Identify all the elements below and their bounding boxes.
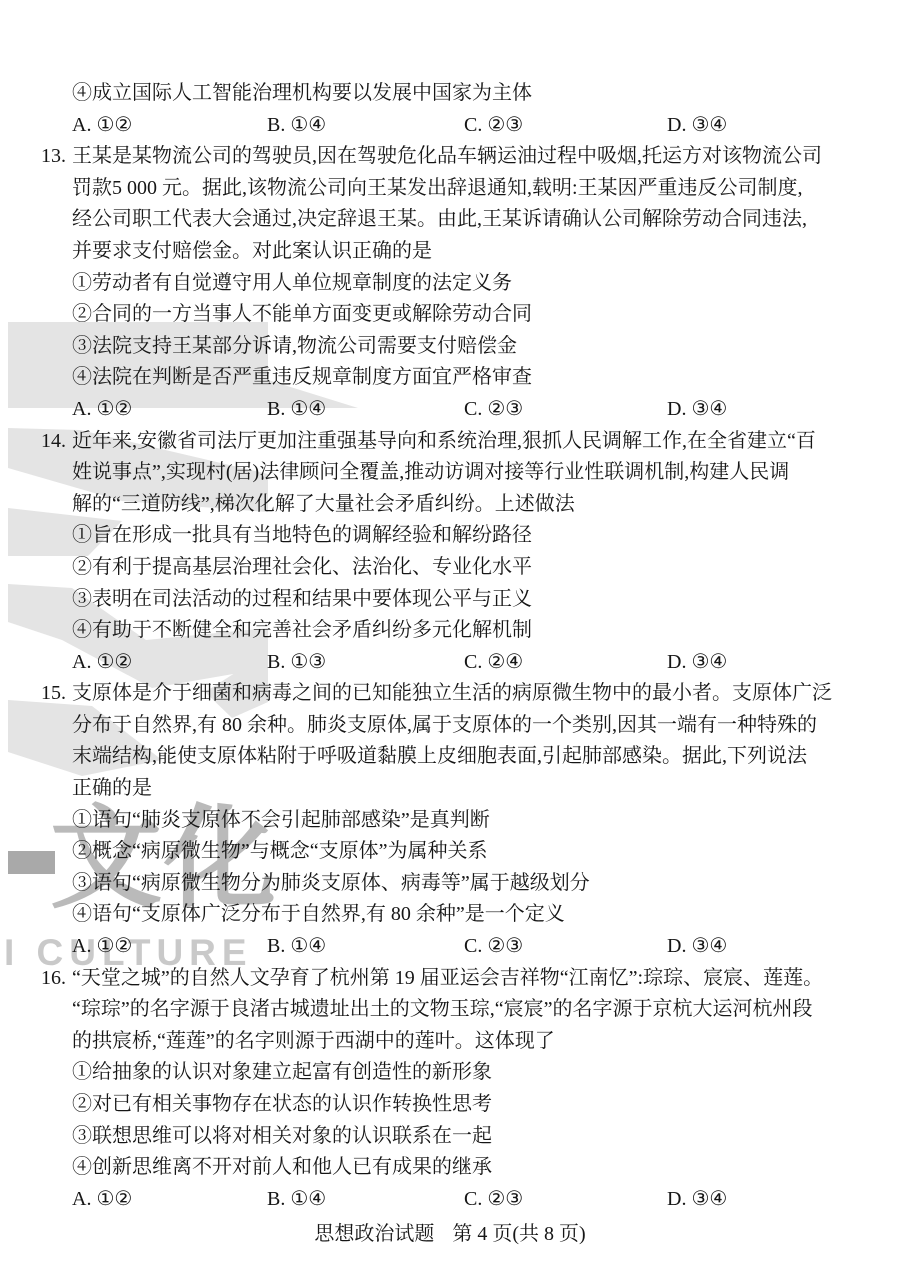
line-text: 的拱宸桥,“莲莲”的名字则源于西湖中的莲叶。这体现了 xyxy=(72,1030,555,1052)
options-row: A. ①②B. ①④C. ②③D. ③④ xyxy=(72,1184,864,1216)
option-c: C. ②③ xyxy=(464,110,523,142)
option-b: B. ①④ xyxy=(267,394,326,426)
question-number: 15. xyxy=(41,678,66,710)
text-line: 解的“三道防线”,梯次化解了大量社会矛盾纠纷。上述做法 xyxy=(72,489,864,521)
text-line: ①旨在形成一批具有当地特色的调解经验和解纷路径 xyxy=(72,520,864,552)
text-line: 姓说事点”,实现村(居)法律顾问全覆盖,推动访调对接等行业性联调机制,构建人民调 xyxy=(72,457,864,489)
option-d: D. ③④ xyxy=(667,394,727,426)
option-c: C. ②③ xyxy=(464,931,523,963)
question-start-line: 15.支原体是介于细菌和病毒之间的已知能独立生活的病原微生物中的最小者。支原体广… xyxy=(72,678,864,710)
text-line: ②有利于提高基层治理社会化、法治化、专业化水平 xyxy=(72,552,864,584)
question-start-line: 13.王某是某物流公司的驾驶员,因在驾驶危化品车辆运油过程中吸烟,托运方对该物流… xyxy=(72,141,864,173)
option-a: A. ①② xyxy=(72,1184,132,1216)
line-text: ①语句“肺炎支原体不会引起肺部感染”是真判断 xyxy=(72,809,490,831)
text-line: ①劳动者有自觉遵守用人单位规章制度的法定义务 xyxy=(72,268,864,300)
text-line: 的拱宸桥,“莲莲”的名字则源于西湖中的莲叶。这体现了 xyxy=(72,1026,864,1058)
line-text: 近年来,安徽省司法厅更加注重强基导向和系统治理,狠抓人民调解工作,在全省建立“百 xyxy=(72,430,816,452)
line-text: 姓说事点”,实现村(居)法律顾问全覆盖,推动访调对接等行业性联调机制,构建人民调 xyxy=(72,461,789,483)
text-line: “琮琮”的名字源于良渚古城遗址出土的文物玉琮,“宸宸”的名字源于京杭大运河杭州段 xyxy=(72,994,864,1026)
text-line: ②合同的一方当事人不能单方面变更或解除劳动合同 xyxy=(72,299,864,331)
question-start-line: 14.近年来,安徽省司法厅更加注重强基导向和系统治理,狠抓人民调解工作,在全省建… xyxy=(72,426,864,458)
option-a: A. ①② xyxy=(72,931,132,963)
question-number: 14. xyxy=(41,426,66,458)
question-number: 13. xyxy=(41,141,66,173)
line-text: ④有助于不断健全和完善社会矛盾纠纷多元化解机制 xyxy=(72,619,532,641)
line-text: 末端结构,能使支原体粘附于呼吸道黏膜上皮细胞表面,引起肺部感染。据此,下列说法 xyxy=(72,745,807,767)
line-text: 分布于自然界,有 80 余种。肺炎支原体,属于支原体的一个类别,因其一端有一种特… xyxy=(72,714,817,736)
line-text: ③联想思维可以将对相关对象的认识联系在一起 xyxy=(72,1125,492,1147)
option-d: D. ③④ xyxy=(667,110,727,142)
line-text: ④创新思维离不开对前人和他人已有成果的继承 xyxy=(72,1156,492,1178)
line-text: “天堂之城”的自然人文孕育了杭州第 19 届亚运会吉祥物“江南忆”:琮琮、宸宸、… xyxy=(72,967,823,989)
text-line: ②概念“病原微生物”与概念“支原体”为属种关系 xyxy=(72,836,864,868)
option-b: B. ①④ xyxy=(267,110,326,142)
line-text: ②对已有相关事物存在状态的认识作转换性思考 xyxy=(72,1093,492,1115)
text-line: 并要求支付赔偿金。对此案认识正确的是 xyxy=(72,236,864,268)
line-text: ①旨在形成一批具有当地特色的调解经验和解纷路径 xyxy=(72,524,532,546)
line-text: ④语句“支原体广泛分布于自然界,有 80 余种”是一个定义 xyxy=(72,903,565,925)
line-text: 王某是某物流公司的驾驶员,因在驾驶危化品车辆运油过程中吸烟,托运方对该物流公司 xyxy=(72,145,822,167)
text-line: 末端结构,能使支原体粘附于呼吸道黏膜上皮细胞表面,引起肺部感染。据此,下列说法 xyxy=(72,741,864,773)
line-text: ④成立国际人工智能治理机构要以发展中国家为主体 xyxy=(72,82,532,104)
option-d: D. ③④ xyxy=(667,931,727,963)
text-line: ③联想思维可以将对相关对象的认识联系在一起 xyxy=(72,1121,864,1153)
option-d: D. ③④ xyxy=(667,1184,727,1216)
question-start-line: 16.“天堂之城”的自然人文孕育了杭州第 19 届亚运会吉祥物“江南忆”:琮琮、… xyxy=(72,963,864,995)
line-text: 经公司职工代表大会通过,决定辞退王某。由此,王某诉请确认公司解除劳动合同违法, xyxy=(72,208,807,230)
text-line: ④成立国际人工智能治理机构要以发展中国家为主体 xyxy=(72,78,864,110)
line-text: ①劳动者有自觉遵守用人单位规章制度的法定义务 xyxy=(72,272,512,294)
line-text: 正确的是 xyxy=(72,777,152,799)
line-text: ③语句“病原微生物分为肺炎支原体、病毒等”属于越级划分 xyxy=(72,872,590,894)
footer-page-number: 第 4 页(共 8 页) xyxy=(452,1223,585,1245)
text-line: ③语句“病原微生物分为肺炎支原体、病毒等”属于越级划分 xyxy=(72,868,864,900)
exam-page: 文化 I CULTURE ④成立国际人工智能治理机构要以发展中国家为主体A. ①… xyxy=(0,0,900,1272)
text-line: ②对已有相关事物存在状态的认识作转换性思考 xyxy=(72,1089,864,1121)
text-line: ④创新思维离不开对前人和他人已有成果的继承 xyxy=(72,1152,864,1184)
content: ④成立国际人工智能治理机构要以发展中国家为主体A. ①②B. ①④C. ②③D.… xyxy=(72,78,864,1215)
watermark-dash-bar xyxy=(8,851,55,874)
option-b: B. ①④ xyxy=(267,1184,326,1216)
line-text: “琮琮”的名字源于良渚古城遗址出土的文物玉琮,“宸宸”的名字源于京杭大运河杭州段 xyxy=(72,998,813,1020)
text-line: ①给抽象的认识对象建立起富有创造性的新形象 xyxy=(72,1057,864,1089)
text-line: ④法院在判断是否严重违反规章制度方面宜严格审查 xyxy=(72,362,864,394)
options-row: A. ①②B. ①④C. ②③D. ③④ xyxy=(72,394,864,426)
text-line: 正确的是 xyxy=(72,773,864,805)
text-line: ③表明在司法活动的过程和结果中要体现公平与正义 xyxy=(72,584,864,616)
option-b: B. ①③ xyxy=(267,647,326,679)
option-d: D. ③④ xyxy=(667,647,727,679)
line-text: 解的“三道防线”,梯次化解了大量社会矛盾纠纷。上述做法 xyxy=(72,493,575,515)
option-c: C. ②④ xyxy=(464,647,523,679)
line-text: 并要求支付赔偿金。对此案认识正确的是 xyxy=(72,240,432,262)
option-a: A. ①② xyxy=(72,647,132,679)
text-line: 分布于自然界,有 80 余种。肺炎支原体,属于支原体的一个类别,因其一端有一种特… xyxy=(72,710,864,742)
option-c: C. ②③ xyxy=(464,1184,523,1216)
question-number: 16. xyxy=(41,963,66,995)
text-line: ③法院支持王某部分诉请,物流公司需要支付赔偿金 xyxy=(72,331,864,363)
option-a: A. ①② xyxy=(72,394,132,426)
line-text: ②有利于提高基层治理社会化、法治化、专业化水平 xyxy=(72,556,532,578)
line-text: ③表明在司法活动的过程和结果中要体现公平与正义 xyxy=(72,588,532,610)
line-text: ④法院在判断是否严重违反规章制度方面宜严格审查 xyxy=(72,366,532,388)
text-line: 罚款5 000 元。据此,该物流公司向王某发出辞退通知,载明:王某因严重违反公司… xyxy=(72,173,864,205)
line-text: 罚款5 000 元。据此,该物流公司向王某发出辞退通知,载明:王某因严重违反公司… xyxy=(72,177,803,199)
footer-title: 思想政治试题 xyxy=(314,1223,434,1245)
options-row: A. ①②B. ①③C. ②④D. ③④ xyxy=(72,647,864,679)
watermark-dash xyxy=(8,851,55,874)
text-line: ①语句“肺炎支原体不会引起肺部感染”是真判断 xyxy=(72,805,864,837)
text-line: 经公司职工代表大会通过,决定辞退王某。由此,王某诉请确认公司解除劳动合同违法, xyxy=(72,204,864,236)
options-row: A. ①②B. ①④C. ②③D. ③④ xyxy=(72,110,864,142)
text-line: ④语句“支原体广泛分布于自然界,有 80 余种”是一个定义 xyxy=(72,899,864,931)
text-line: ④有助于不断健全和完善社会矛盾纠纷多元化解机制 xyxy=(72,615,864,647)
line-text: ②合同的一方当事人不能单方面变更或解除劳动合同 xyxy=(72,303,532,325)
line-text: ①给抽象的认识对象建立起富有创造性的新形象 xyxy=(72,1061,492,1083)
line-text: 支原体是介于细菌和病毒之间的已知能独立生活的病原微生物中的最小者。支原体广泛 xyxy=(72,682,832,704)
options-row: A. ①②B. ①④C. ②③D. ③④ xyxy=(72,931,864,963)
line-text: ③法院支持王某部分诉请,物流公司需要支付赔偿金 xyxy=(72,335,517,357)
option-c: C. ②③ xyxy=(464,394,523,426)
line-text: ②概念“病原微生物”与概念“支原体”为属种关系 xyxy=(72,840,488,862)
option-a: A. ①② xyxy=(72,110,132,142)
option-b: B. ①④ xyxy=(267,931,326,963)
page-footer: 思想政治试题第 4 页(共 8 页) xyxy=(0,1220,900,1248)
